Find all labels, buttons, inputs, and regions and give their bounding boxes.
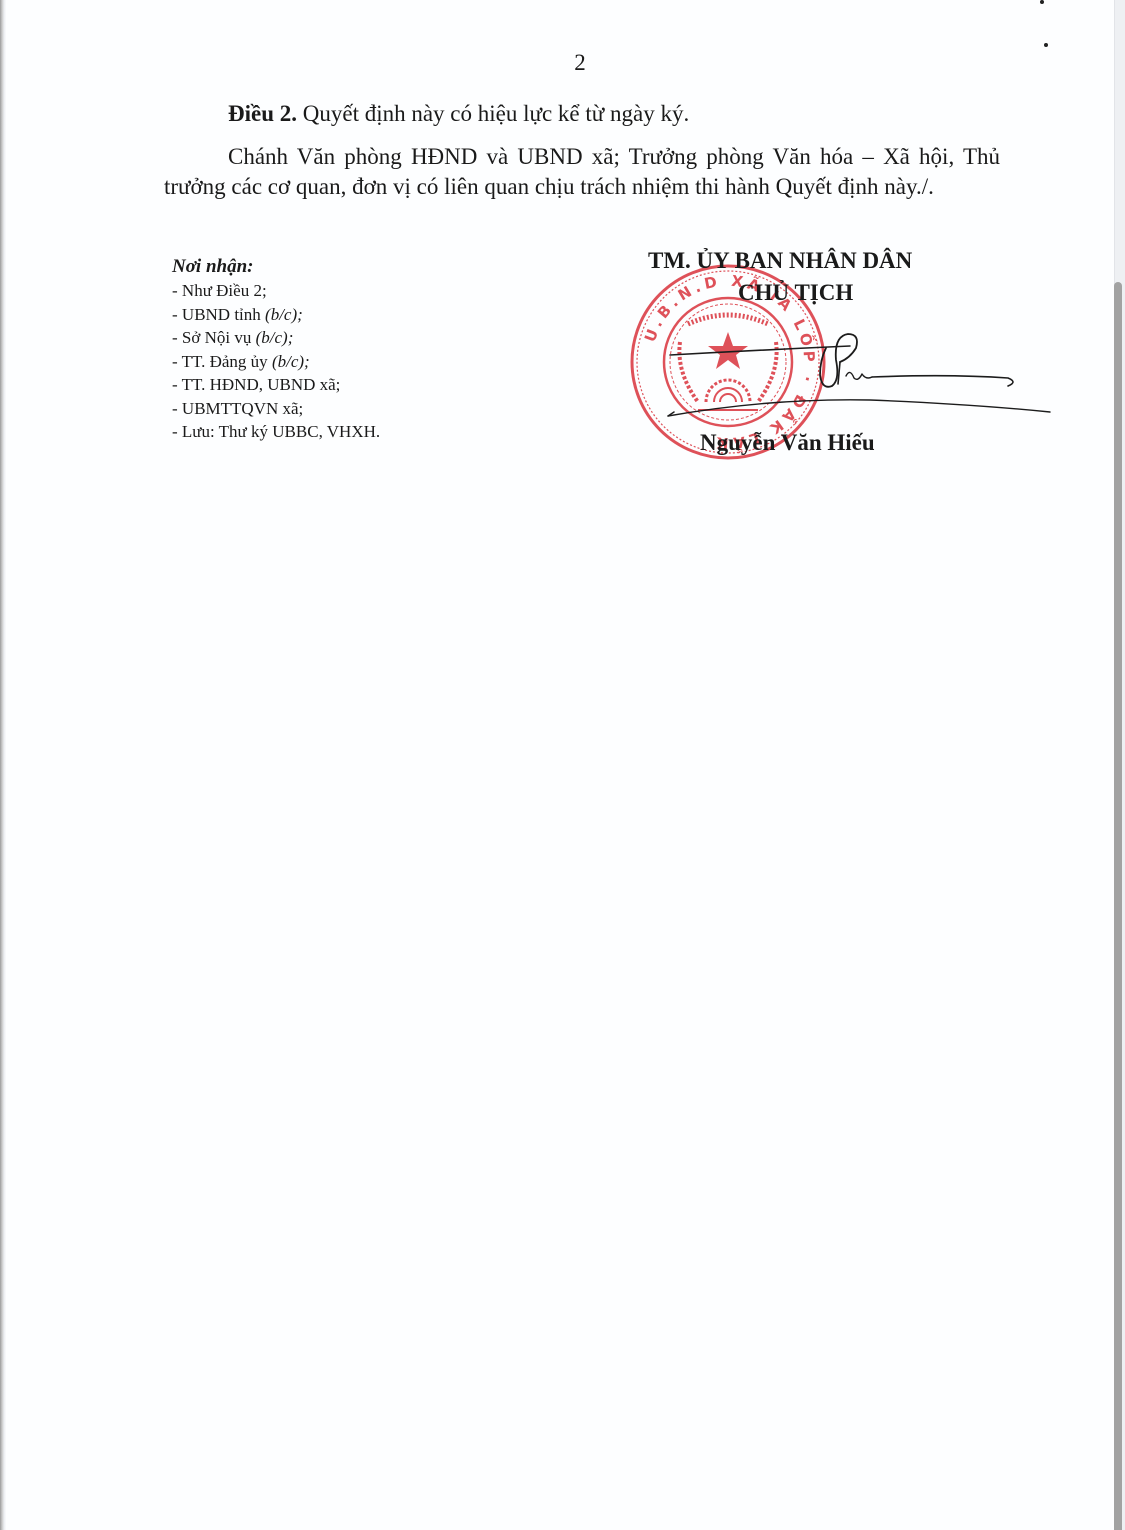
signer-organization: TM. ỦY BAN NHÂN DÂN [648,248,912,274]
document-viewer: 2 Điều 2. Quyết định này có hiệu lực kể … [0,0,1125,1530]
scan-speck [1044,43,1048,47]
recipient-item: - UBMTTQVN xã; [172,397,380,421]
execution-paragraph: Chánh Văn phòng HĐND và UBND xã; Trưởng … [164,142,1000,202]
handwritten-signature-icon [650,320,1060,430]
recipients-title: Nơi nhận: [172,254,380,279]
document-page [6,0,1114,1530]
page-number: 2 [0,50,1125,76]
recipient-item: - Như Điều 2; [172,279,380,303]
article-text: Quyết định này có hiệu lực kể từ ngày ký… [297,101,689,126]
recipients-list: - Như Điều 2; - UBND tỉnh (b/c); - Sở Nộ… [172,279,380,444]
scan-speck [1040,0,1044,4]
recipient-item: - TT. HĐND, UBND xã; [172,373,380,397]
article-label: Điều 2. [228,101,297,126]
recipient-item: - UBND tỉnh (b/c); [172,303,380,327]
recipients-block: Nơi nhận: - Như Điều 2; - UBND tỉnh (b/c… [172,254,380,444]
recipient-item: - TT. Đảng ủy (b/c); [172,350,380,374]
scrollbar-thumb[interactable] [1114,282,1122,1530]
signer-name: Nguyễn Văn Hiếu [700,430,875,456]
recipient-item: - Sở Nội vụ (b/c); [172,326,380,350]
recipient-item: - Lưu: Thư ký UBBC, VHXH. [172,420,380,444]
article-2: Điều 2. Quyết định này có hiệu lực kể từ… [228,101,689,127]
signer-position: CHỦ TỊCH [738,280,853,306]
